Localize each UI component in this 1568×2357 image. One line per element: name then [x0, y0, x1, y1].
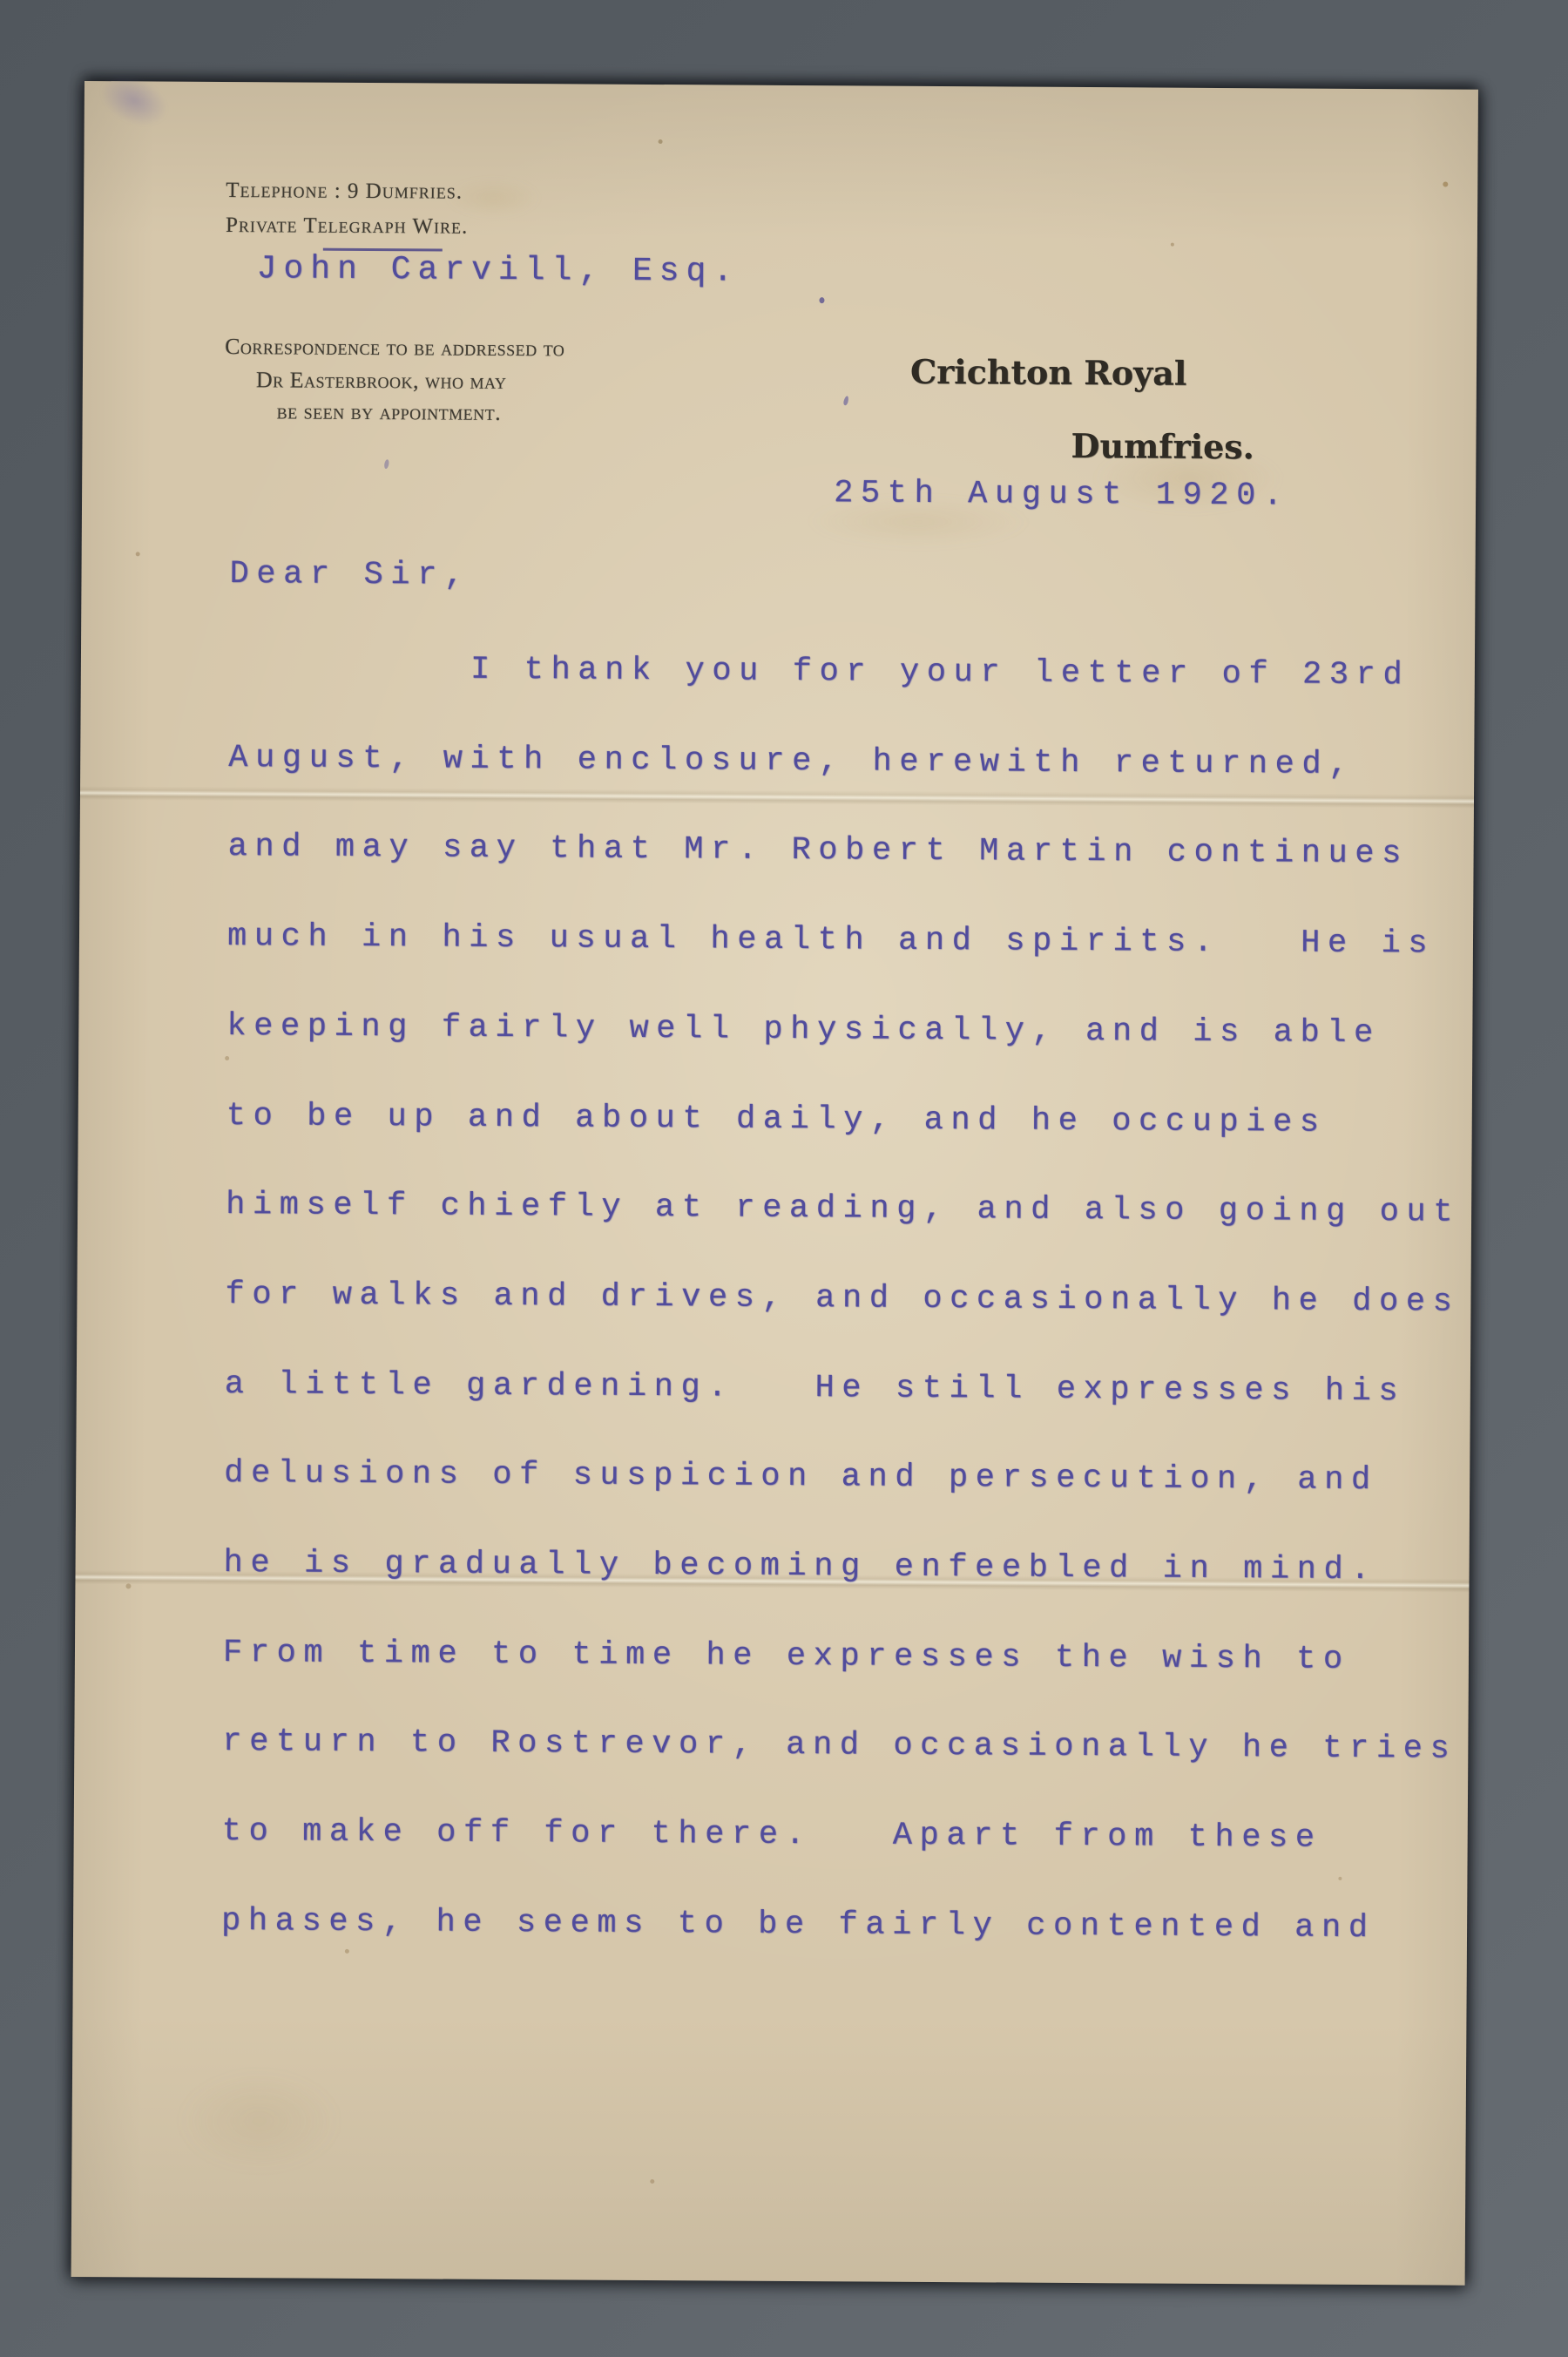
ink-smudge	[92, 65, 176, 136]
correspondence-note-line-1: Correspondence to be addressed to	[225, 334, 564, 362]
letter-body: I thank you for your letter of 23rdAugus…	[221, 624, 1463, 1974]
letter-body-line: for walks and drives, and occasionally h…	[225, 1250, 1460, 1347]
letter-body-line: himself chiefly at reading, and also goi…	[226, 1161, 1461, 1257]
letter-body-line: and may say that Mr. Robert Martin conti…	[227, 803, 1463, 899]
stray-ink-dot	[819, 297, 824, 303]
institution-place: Dumfries.	[1071, 426, 1254, 466]
letterhead-telephone-line: Telephone : 9 Dumfries.	[226, 179, 463, 205]
letter-body-line: keeping fairly well physically, and is a…	[226, 982, 1462, 1079]
paper-speck	[650, 2179, 654, 2184]
institution-name: Crichton Royal	[910, 352, 1187, 393]
letter-body-line: From time to time he expresses the wish …	[223, 1609, 1458, 1705]
letter-body-line: to make off for there. Apart from these	[221, 1787, 1456, 1884]
letter-body-line: he is gradually becoming enfeebled in mi…	[223, 1519, 1458, 1615]
addressee-name: John Carvill, Esq.	[257, 250, 740, 290]
paper-speck	[125, 1583, 131, 1588]
letter-body-line: much in his usual health and spirits. He…	[227, 892, 1463, 989]
letter-salutation: Dear Sir,	[229, 556, 470, 594]
letter-body-line: I thank you for your letter of 23rd	[229, 624, 1464, 721]
letter-date: 25th August 1920.	[834, 475, 1290, 514]
letter-body-line: delusions of suspicion and persecution, …	[224, 1429, 1459, 1526]
correspondence-note-line-3: be seen by appointment.	[277, 398, 502, 426]
stray-ink-mark	[383, 459, 389, 470]
letter-body-line: phases, he seems to be fairly contented …	[221, 1877, 1456, 1974]
letterhead-telegraph-line: Private Telegraph Wire.	[226, 213, 468, 240]
paper-speck	[1443, 182, 1448, 187]
letter-body-line: return to Rostrevor, and occasionally he…	[222, 1697, 1457, 1794]
paper-speck	[136, 552, 140, 556]
letter-body-line: a little gardening. He still expresses h…	[225, 1340, 1460, 1437]
paper-stain	[176, 2069, 342, 2174]
correspondence-note-line-2: Dr Easterbrook, who may	[256, 367, 507, 395]
paper-speck	[1171, 243, 1174, 247]
letter-body-line: to be up and about daily, and he occupie…	[226, 1072, 1461, 1168]
letter-body-line: August, with enclosure, herewith returne…	[228, 714, 1463, 810]
letter-paper: Telephone : 9 Dumfries. Private Telegrap…	[71, 81, 1478, 2286]
document-scan: { "page": { "background_color": "#5a6066…	[0, 0, 1568, 2357]
stray-ink-mark	[842, 396, 849, 406]
paper-speck	[659, 139, 663, 144]
